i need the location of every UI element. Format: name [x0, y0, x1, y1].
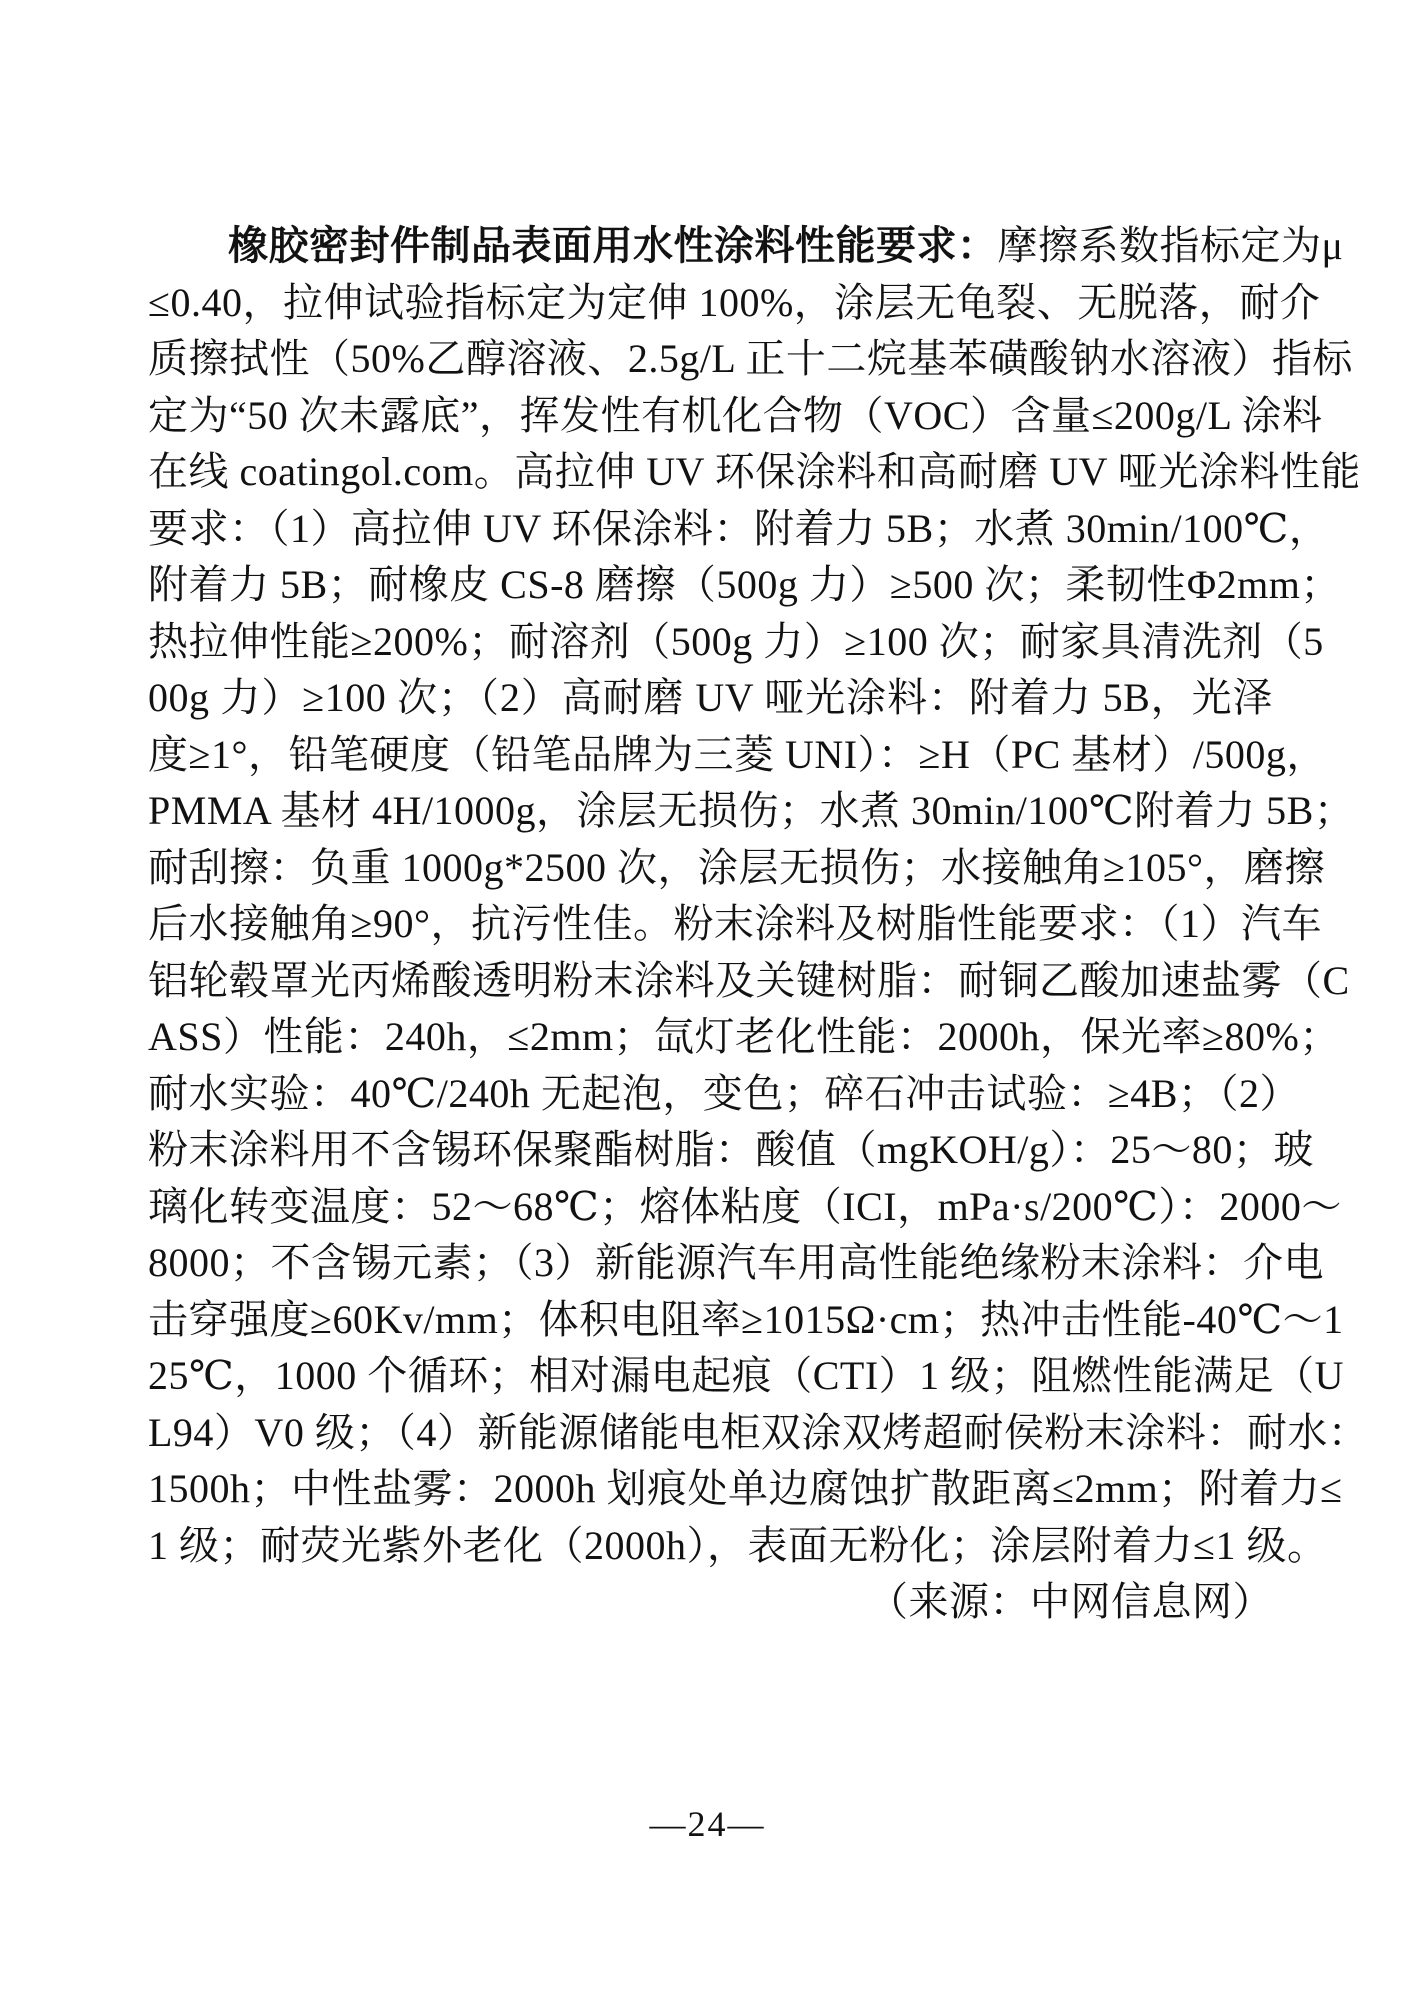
text-line: 热拉伸性能≥200%；耐溶剂（500g 力）≥100 次；耐家具清洗剂（5: [148, 614, 1273, 671]
text-line: 度≥1°，铅笔硬度（铅笔品牌为三菱 UNI）：≥H（PC 基材）/500g，: [148, 727, 1273, 784]
text-line: 耐刮擦：负重 1000g*2500 次，涂层无损伤；水接触角≥105°，磨擦: [148, 840, 1273, 897]
text-line: 8000；不含锡元素；（3）新能源汽车用高性能绝缘粉末涂料：介电: [148, 1235, 1273, 1292]
text-line: 击穿强度≥60Kv/mm；体积电阻率≥1015Ω·cm；热冲击性能-40℃～1: [148, 1292, 1273, 1349]
text-line: 后水接触角≥90°，抗污性佳。粉末涂料及树脂性能要求：（1）汽车: [148, 896, 1273, 953]
source-attribution: （来源：中网信息网）: [148, 1574, 1273, 1631]
text-line: 25℃，1000 个循环；相对漏电起痕（CTI）1 级；阻燃性能满足（U: [148, 1348, 1273, 1405]
text-line: ≤0.40，拉伸试验指标定为定伸 100%，涂层无龟裂、无脱落，耐介: [148, 275, 1273, 332]
text-line: 璃化转变温度：52～68℃；熔体粘度（ICI，mPa·s/200℃）：2000～: [148, 1179, 1273, 1236]
text-line: ASS）性能：240h，≤2mm；氙灯老化性能：2000h，保光率≥80%；: [148, 1009, 1273, 1066]
text-line: 耐水实验：40℃/240h 无起泡，变色；碎石冲击试验：≥4B；（2）: [148, 1066, 1273, 1123]
text-line: 1 级；耐荧光紫外老化（2000h），表面无粉化；涂层附着力≤1 级。: [148, 1518, 1273, 1575]
text-line: L94）V0 级；（4）新能源储能电柜双涂双烤超耐侯粉末涂料：耐水：: [148, 1405, 1273, 1462]
text-line: 00g 力）≥100 次；（2）高耐磨 UV 哑光涂料：附着力 5B，光泽: [148, 670, 1273, 727]
document-page: 橡胶密封件制品表面用水性涂料性能要求：摩擦系数指标定为μ ≤0.40，拉伸试验指…: [0, 0, 1415, 2000]
heading-tail-run: 摩擦系数指标定为μ: [998, 223, 1344, 268]
heading-bold-run: 橡胶密封件制品表面用水性涂料性能要求：: [228, 223, 998, 268]
text-line: 定为“50 次未露底”，挥发性有机化合物（VOC）含量≤200g/L 涂料: [148, 388, 1273, 445]
text-line: 要求：（1）高拉伸 UV 环保涂料：附着力 5B；水煮 30min/100℃，: [148, 501, 1273, 558]
paragraph-heading-line: 橡胶密封件制品表面用水性涂料性能要求：摩擦系数指标定为μ: [148, 218, 1273, 275]
page-number: —24—: [0, 1803, 1415, 1845]
text-line: PMMA 基材 4H/1000g，涂层无损伤；水煮 30min/100℃附着力 …: [148, 783, 1273, 840]
text-line: 铝轮毂罩光丙烯酸透明粉末涂料及关键树脂：耐铜乙酸加速盐雾（C: [148, 953, 1273, 1010]
text-line: 附着力 5B；耐橡皮 CS-8 磨擦（500g 力）≥500 次；柔韧性Φ2mm…: [148, 557, 1273, 614]
text-line: 粉末涂料用不含锡环保聚酯树脂：酸值（mgKOH/g）：25～80；玻: [148, 1122, 1273, 1179]
body-text-block: 橡胶密封件制品表面用水性涂料性能要求：摩擦系数指标定为μ ≤0.40，拉伸试验指…: [148, 218, 1273, 1631]
text-line: 在线 coatingol.com。高拉伸 UV 环保涂料和高耐磨 UV 哑光涂料…: [148, 444, 1273, 501]
text-line: 质擦拭性（50%乙醇溶液、2.5g/L 正十二烷基苯磺酸钠水溶液）指标: [148, 331, 1273, 388]
text-line: 1500h；中性盐雾：2000h 划痕处单边腐蚀扩散距离≤2mm；附着力≤: [148, 1461, 1273, 1518]
